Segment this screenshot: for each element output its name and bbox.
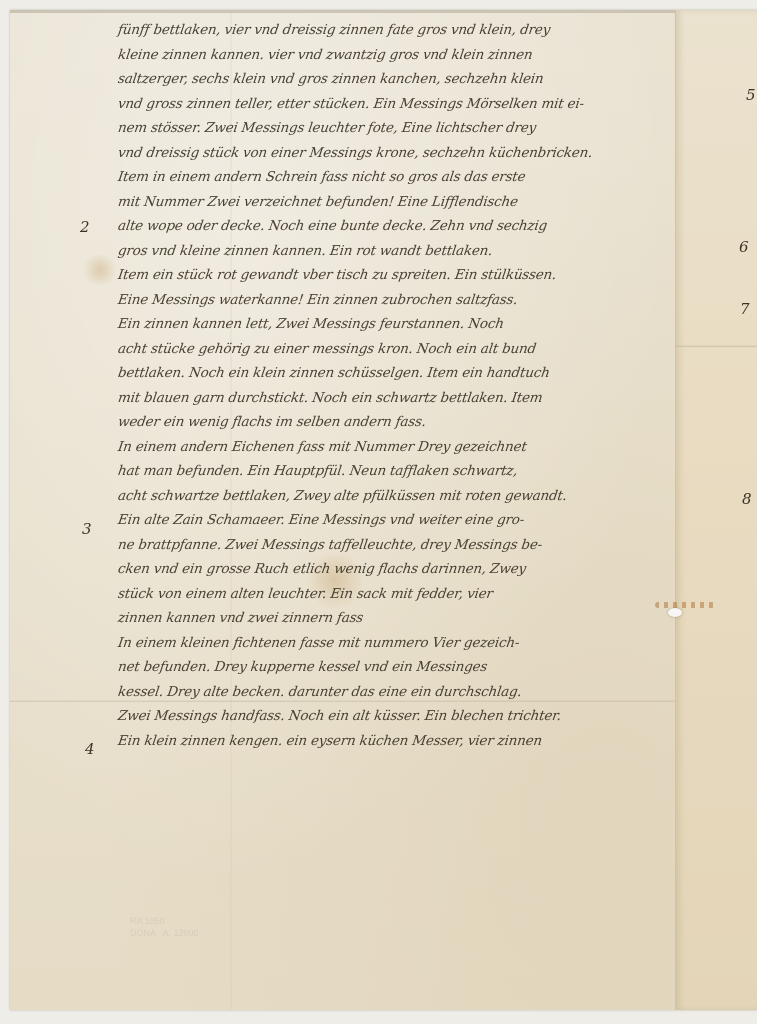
text-line: Item in einem andern Schrein fass nicht … <box>116 165 679 190</box>
text-line: fünff bettlaken, vier vnd dreissig zinne… <box>116 18 679 43</box>
margin-number-8: 8 <box>742 490 752 508</box>
faded-stamp: RA 1050 DONA A. 12000 <box>130 915 199 939</box>
margin-number-5: 5 <box>746 86 756 104</box>
text-line: ne brattpfanne. Zwei Messings taffelleuc… <box>116 533 679 558</box>
text-line: bettlaken. Noch ein klein zinnen schüsse… <box>116 361 679 386</box>
text-line: In einem kleinen fichtenen fasse mit num… <box>116 631 679 656</box>
horizontal-fold-right <box>676 345 757 348</box>
text-line: alte wope oder decke. Noch eine bunte de… <box>116 214 679 239</box>
text-line: gros vnd kleine zinnen kannen. Ein rot w… <box>116 239 679 264</box>
text-line: kessel. Drey alte becken. darunter das e… <box>116 680 679 705</box>
text-line: acht schwartze bettlaken, Zwey alte pfül… <box>116 484 679 509</box>
text-line: mit Nummer Zwei verzeichnet befunden! Ei… <box>116 190 679 215</box>
text-line: hat man befunden. Ein Hauptpfül. Neun ta… <box>116 459 679 484</box>
manuscript-text: fünff bettlaken, vier vnd dreissig zinne… <box>118 18 678 753</box>
text-line: vnd dreissig stück von einer Messings kr… <box>116 141 679 166</box>
text-line: cken vnd ein grosse Ruch etlich wenig fl… <box>116 557 679 582</box>
text-line: stück von einem alten leuchter. Ein sack… <box>116 582 679 607</box>
water-stain <box>80 255 120 285</box>
text-line: zinnen kannen vnd zwei zinnern fass <box>116 606 679 631</box>
text-line: nem stösser. Zwei Messings leuchter fote… <box>116 116 679 141</box>
margin-number-2: 2 <box>80 218 90 236</box>
margin-number-6: 6 <box>739 238 749 256</box>
text-line: mit blauen garn durchstickt. Noch ein sc… <box>116 386 679 411</box>
text-line: Eine Messings waterkanne! Ein zinnen zub… <box>116 288 679 313</box>
text-line: weder ein wenig flachs im selben andern … <box>116 410 679 435</box>
text-line: Ein alte Zain Schamaeer. Eine Messings v… <box>116 508 679 533</box>
text-line: Ein zinnen kannen lett, Zwei Messings fe… <box>116 312 679 337</box>
stamp-line-1: RA 1050 <box>130 916 165 926</box>
text-line: Item ein stück rot gewandt vber tisch zu… <box>116 263 679 288</box>
stamp-line-2: DONA A. 12000 <box>130 928 199 938</box>
margin-number-4: 4 <box>85 740 95 758</box>
folded-right-strip <box>675 10 757 1010</box>
text-line: net befunden. Drey kupperne kessel vnd e… <box>116 655 679 680</box>
text-line: saltzerger, sechs klein vnd gros zinnen … <box>116 67 679 92</box>
text-line: acht stücke gehörig zu einer messings kr… <box>116 337 679 362</box>
margin-number-7: 7 <box>740 300 750 318</box>
text-line: vnd gross zinnen teller, etter stücken. … <box>116 92 679 117</box>
margin-number-3: 3 <box>82 520 92 538</box>
text-line: kleine zinnen kannen. vier vnd zwantzig … <box>116 43 679 68</box>
text-line: Zwei Messings handfass. Noch ein alt küs… <box>116 704 679 729</box>
text-line: In einem andern Eichenen fass mit Nummer… <box>116 435 679 460</box>
text-line: Ein klein zinnen kengen. ein eysern küch… <box>116 729 679 754</box>
